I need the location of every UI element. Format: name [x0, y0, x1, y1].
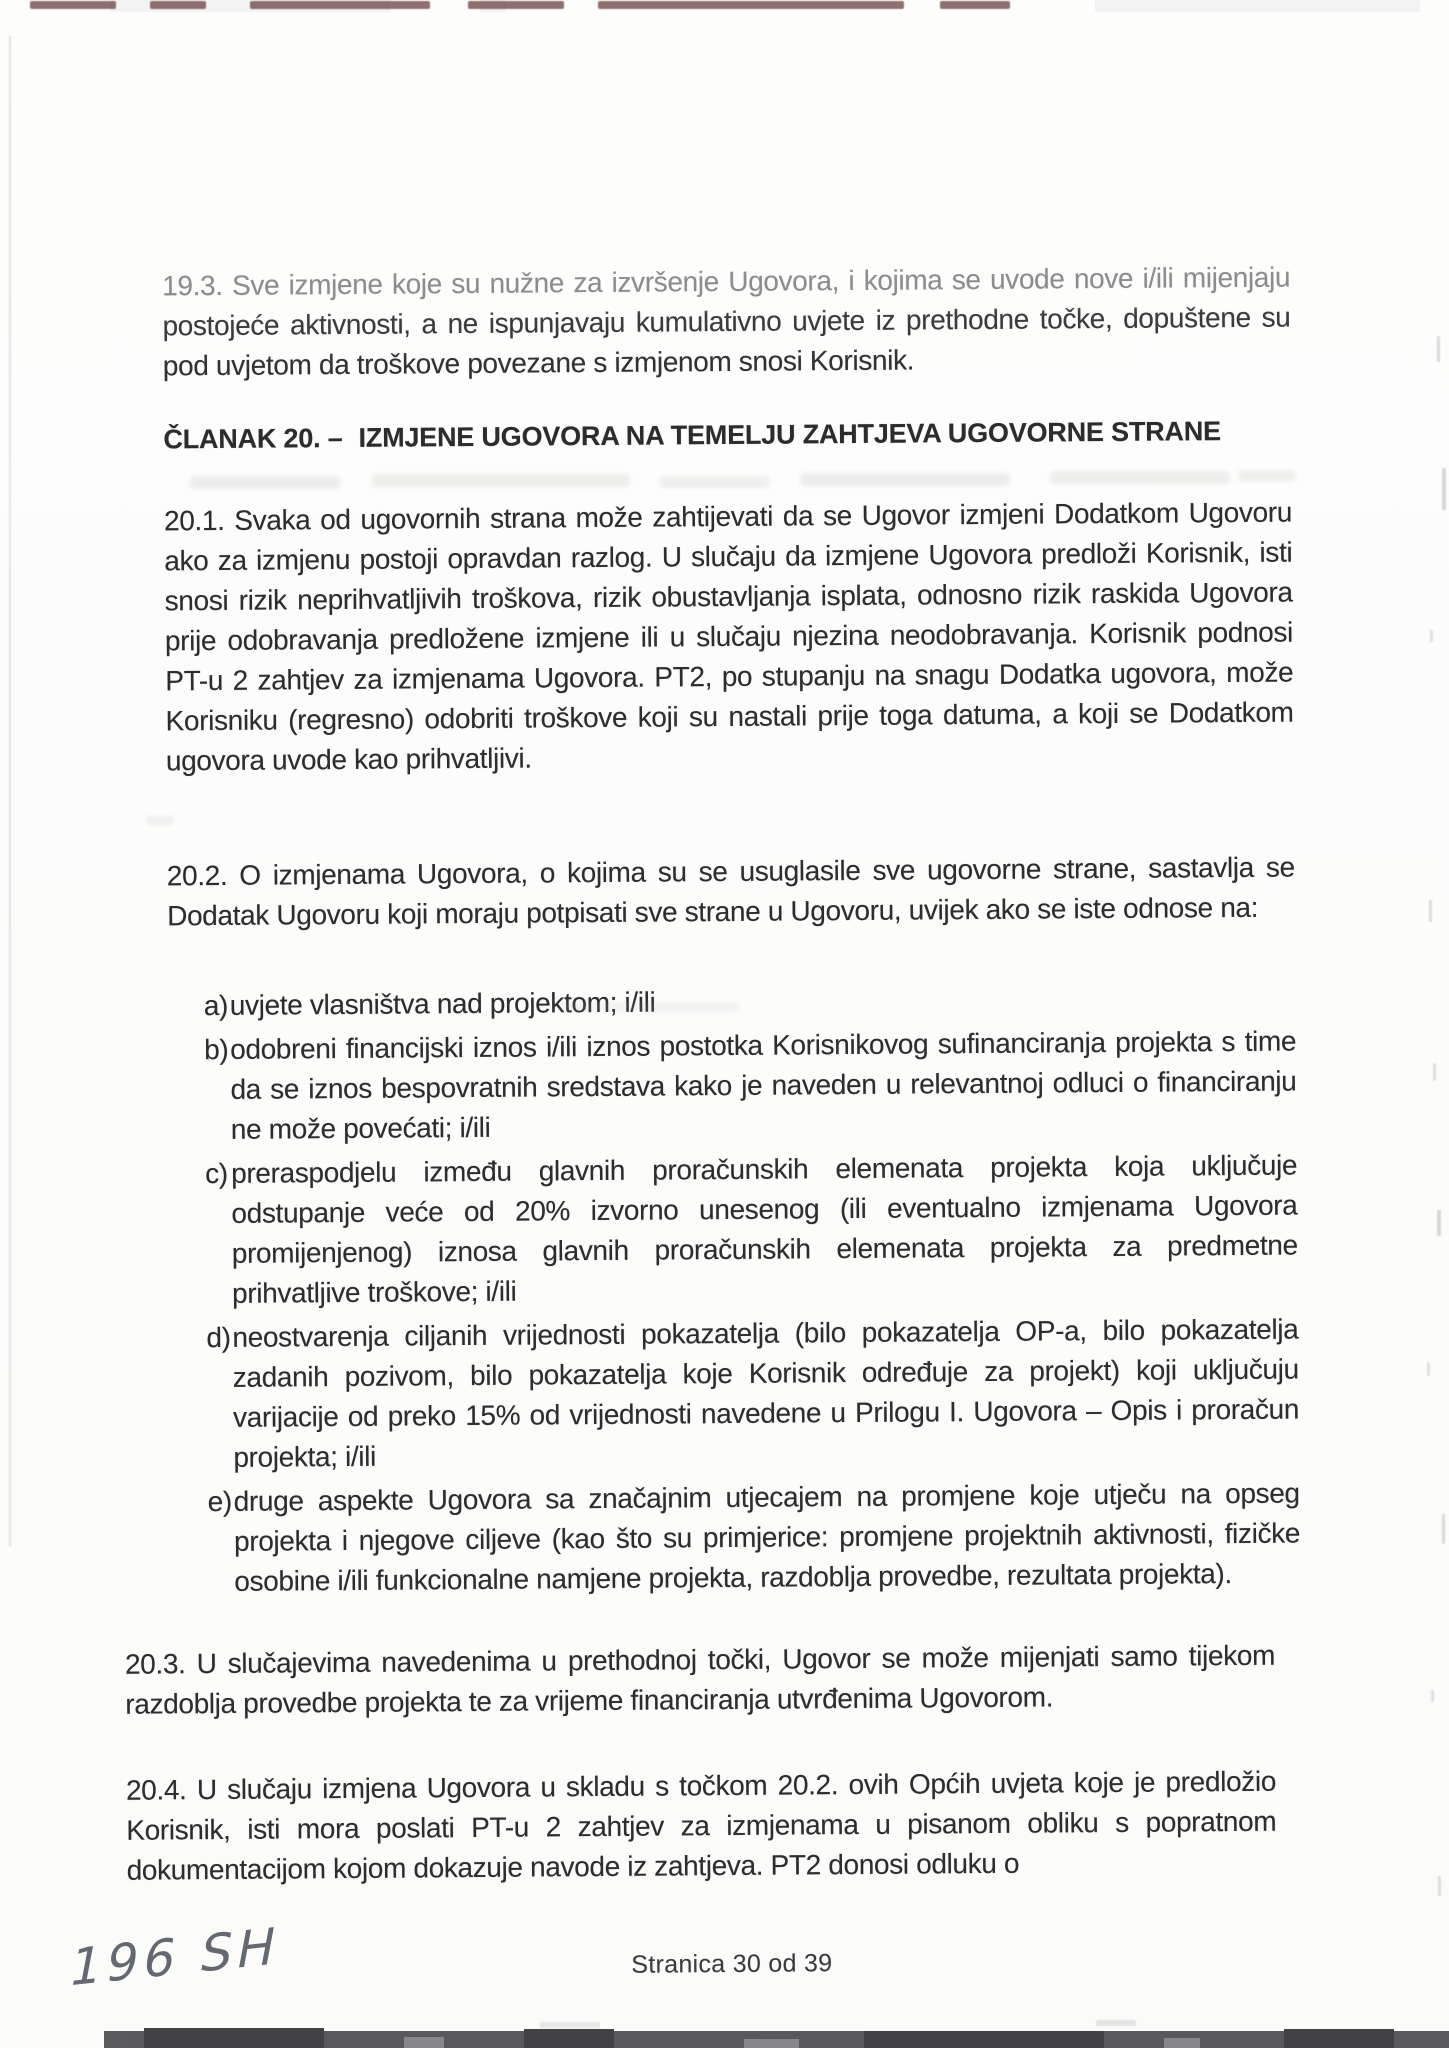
- scanned-document-page: 19.3. Sve izmjene koje su nužne za izvrš…: [0, 0, 1449, 2048]
- scan-smudge: [560, 1002, 740, 1012]
- scan-smudge: [144, 2028, 324, 2048]
- scan-speck: [1442, 468, 1446, 510]
- article-20-title: IZMJENE UGOVORA NA TEMELJU ZAHTJEVA UGOV…: [358, 416, 1221, 453]
- article-20-heading: ČLANAK 20. –IZMJENE UGOVORA NA TEMELJU Z…: [163, 415, 1343, 455]
- list-marker-a: a): [204, 986, 229, 1026]
- scan-smudge: [1050, 471, 1230, 484]
- list-text-e: druge aspekte Ugovora sa značajnim utjec…: [234, 1477, 1301, 1596]
- scan-speck: [1437, 336, 1440, 362]
- scan-smudge: [190, 476, 340, 489]
- scan-smudge: [1284, 2029, 1394, 2048]
- scan-smudge: [800, 473, 1010, 486]
- scan-speck: [1438, 1876, 1441, 1896]
- scan-smudge: [404, 2037, 444, 2048]
- scan-speck: [1096, 2020, 1136, 2026]
- list-text-b: odobreni financijski iznos i/ili iznos p…: [230, 1026, 1297, 1145]
- scan-speck: [1442, 1514, 1445, 1544]
- list-marker-e: e): [208, 1482, 233, 1522]
- scan-smudge: [744, 2039, 799, 2048]
- list-20-2: a) uvjete vlasništva nad projektom; i/il…: [168, 978, 1301, 1607]
- list-marker-c: c): [205, 1154, 228, 1194]
- scan-smudge: [1164, 2038, 1200, 2048]
- paragraph-20-2-intro: 20.2. O izmjenama Ugovora, o kojima su s…: [167, 848, 1296, 937]
- list-marker-d: d): [206, 1318, 231, 1358]
- scan-speck: [1427, 1362, 1430, 1376]
- scan-speck: [1429, 900, 1432, 922]
- article-20-number: ČLANAK 20. –: [163, 423, 342, 454]
- paragraph-20-3: 20.3. U slučajevima navedenima u prethod…: [125, 1636, 1276, 1725]
- document-content: 19.3. Sve izmjene koje su nužne za izvrš…: [0, 0, 1449, 2048]
- scan-smudge: [524, 2029, 614, 2048]
- scan-artifact-bottom-bar: [104, 2031, 1449, 2048]
- scan-speck: [1430, 630, 1433, 642]
- scan-smudge: [660, 476, 770, 488]
- scan-smudge: [146, 816, 174, 825]
- list-text-d: neostvarenja ciljanih vrijednosti pokaza…: [232, 1314, 1299, 1473]
- paragraph-20-1: 20.1. Svaka od ugovornih strana može zah…: [164, 493, 1294, 782]
- list-item-d: d) neostvarenja ciljanih vrijednosti pok…: [170, 1310, 1299, 1479]
- paragraph-19-3: 19.3. Sve izmjene koje su nužne za izvrš…: [162, 258, 1291, 387]
- list-text-c: preraspodjelu između glavnih proračunski…: [231, 1150, 1298, 1309]
- scan-speck: [1437, 1210, 1441, 1236]
- scan-speck: [540, 2022, 600, 2028]
- scan-smudge: [864, 2031, 1104, 2048]
- scan-smudge: [1238, 470, 1296, 482]
- paragraph-20-4: 20.4. U slučaju izmjena Ugovora u skladu…: [126, 1762, 1277, 1891]
- list-item-e: e) druge aspekte Ugovora sa značajnim ut…: [172, 1473, 1301, 1602]
- scan-speck: [1433, 1063, 1436, 1081]
- list-item-b: b) odobreni financijski iznos i/ili izno…: [168, 1022, 1297, 1151]
- scan-smudge: [372, 474, 630, 487]
- list-item-c: c) preraspodjelu između glavnih proračun…: [169, 1146, 1298, 1315]
- list-marker-b: b): [204, 1030, 229, 1070]
- scan-speck: [1431, 1690, 1434, 1702]
